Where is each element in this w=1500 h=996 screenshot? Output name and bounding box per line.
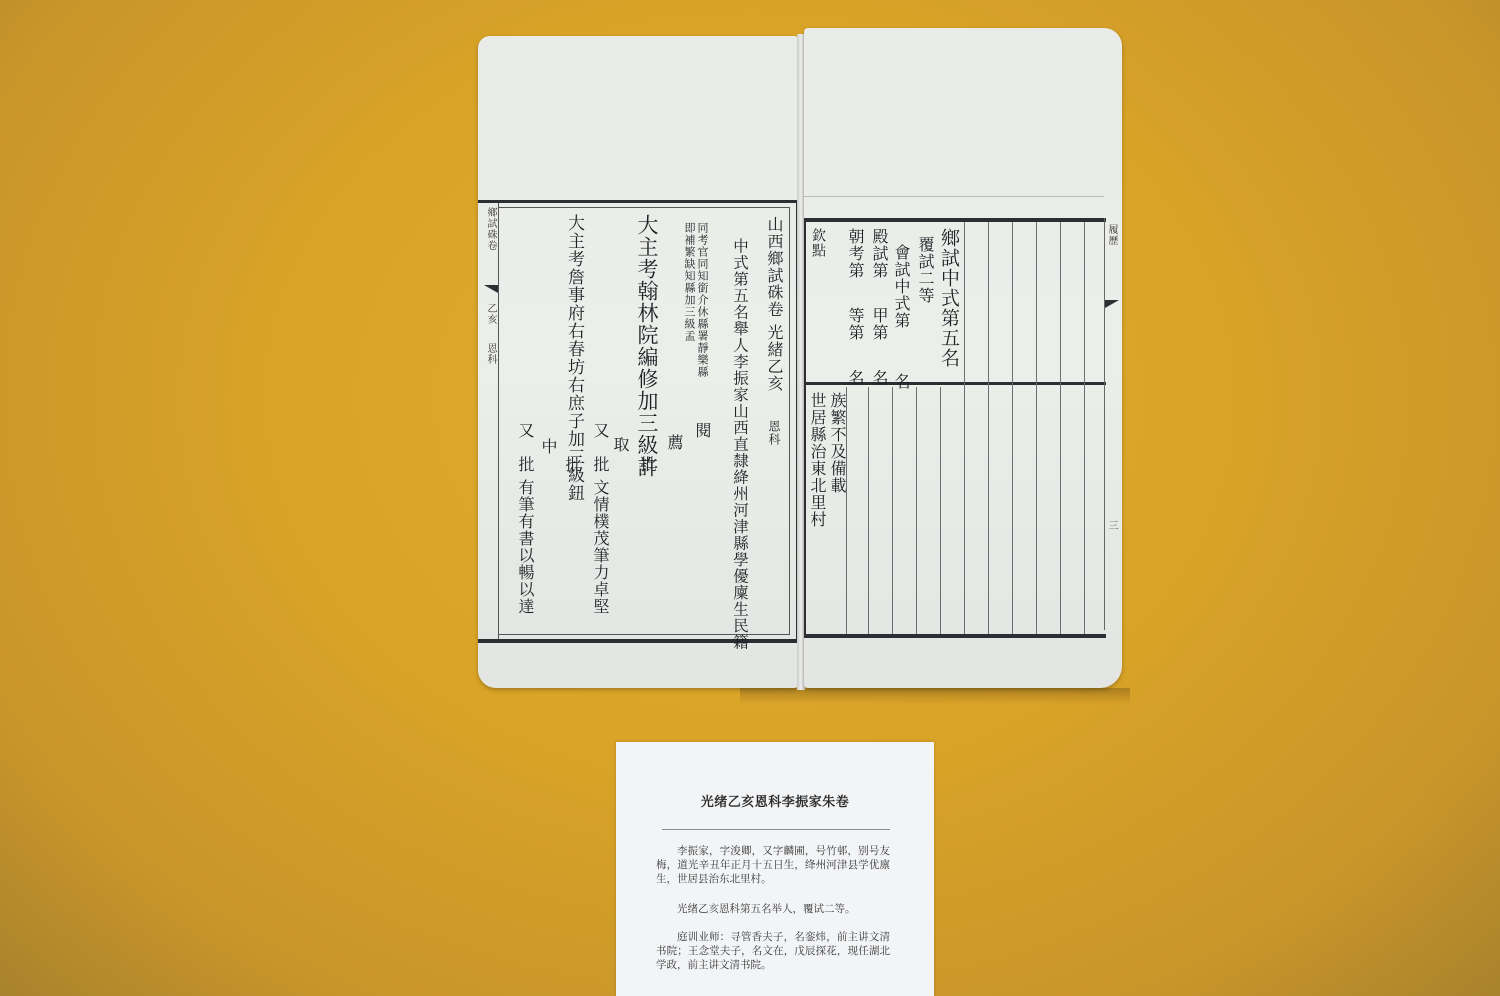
fold-crease xyxy=(804,196,1104,197)
examiner-note-b: 即補繁缺知縣加三級孟 xyxy=(683,222,696,342)
accept-mark: 取 xyxy=(611,436,629,453)
mid-mark: 中 xyxy=(539,438,557,455)
margin-page-number: 三 xyxy=(1106,520,1117,531)
comment-column-1: 批 文情樸茂筆力卓堅 xyxy=(591,456,609,615)
again-mark-2: 又 xyxy=(516,422,534,439)
rule xyxy=(1060,222,1061,634)
fishtail-mark xyxy=(484,285,498,293)
recommend-mark: 薦 xyxy=(665,434,683,451)
chief-examiner-xu: 大主考翰林院編修加三級許 xyxy=(635,214,659,478)
reexam-grade: 覆試二等 xyxy=(916,236,934,304)
rule xyxy=(964,222,965,634)
examination-booklet: 鄉試硃卷 乙亥 恩科 山西鄉試硃卷 光緒乙亥 恩科 中式第五名舉人李振家山西直隸… xyxy=(478,28,1126,692)
fishtail-mark xyxy=(1105,300,1119,308)
margin-label-year: 乙亥 xyxy=(485,303,496,325)
residence-note: 世居縣治東北里村 xyxy=(808,392,826,528)
metropolitan-exam-rank: 會試中式第 名 xyxy=(892,244,910,390)
comment-column-2: 批 有筆有書以暢以達 xyxy=(516,456,534,615)
right-fishtail-margin: 履歷 三 xyxy=(1104,218,1119,630)
rule xyxy=(916,387,917,634)
label-paragraph-teachers: 庭训业师：寻管香夫子，名銮炜，前主讲文清书院；王念堂夫子，名文在，戊辰探花，现任… xyxy=(656,930,890,972)
right-page: 鄉試中式第五名 覆試二等 會試中式第 名 殿試第 甲第 名 朝考第 等第 名 欽… xyxy=(804,28,1122,688)
clan-note: 族繁不及備載 xyxy=(828,392,846,494)
margin-label-session: 恩科 xyxy=(485,343,496,365)
rule xyxy=(1036,222,1037,634)
booklet-title-suffix: 恩科 xyxy=(765,420,783,446)
palace-exam-rank: 殿試第 甲第 名 xyxy=(870,228,888,386)
candidate-rank-column: 中式第五名舉人李振家山西直隸絳州河津縣學優廩生民籍 xyxy=(731,238,749,651)
rule xyxy=(868,387,869,634)
label-paragraph-rank: 光绪乙亥恩科第五名举人，覆试二等。 xyxy=(656,902,890,916)
court-exam-rank: 朝考第 等第 名 xyxy=(846,228,864,386)
chief-examiner-niu-mark: 批 xyxy=(563,456,581,473)
imperial-selection: 欽點 xyxy=(810,228,826,258)
rule xyxy=(892,387,893,634)
rule xyxy=(940,387,941,634)
margin-label-title: 鄉試硃卷 xyxy=(485,207,496,251)
booklet-title: 山西鄉試硃卷 光緒乙亥 恩科 xyxy=(765,216,783,446)
booklet-title-text: 山西鄉試硃卷 光緒乙亥 xyxy=(765,216,784,392)
rule xyxy=(1012,222,1013,634)
again-mark-1: 又 xyxy=(591,422,609,439)
provincial-exam-rank: 鄉試中式第五名 xyxy=(938,228,960,368)
examiner-read-mark: 閱 xyxy=(693,422,711,439)
left-page-frame: 鄉試硃卷 乙亥 恩科 山西鄉試硃卷 光緒乙亥 恩科 中式第五名舉人李振家山西直隸… xyxy=(478,200,800,643)
left-text-block: 山西鄉試硃卷 光緒乙亥 恩科 中式第五名舉人李振家山西直隸絳州河津縣學優廩生民籍… xyxy=(498,207,790,635)
rule xyxy=(1084,222,1085,634)
exhibit-label-card: 光绪乙亥恩科李振家朱卷 李振家，字浚卿，又字麟圃，号竹邨，别号友梅，道光辛丑年正… xyxy=(616,742,934,996)
chief-examiner-xu-mark: 批 xyxy=(638,456,656,473)
margin-label-resume: 履歷 xyxy=(1106,224,1117,246)
label-paragraph-bio: 李振家，字浚卿，又字麟圃，号竹邨，别号友梅，道光辛丑年正月十五日生，绛州河津县学… xyxy=(656,844,890,886)
left-page: 鄉試硃卷 乙亥 恩科 山西鄉試硃卷 光緒乙亥 恩科 中式第五名舉人李振家山西直隸… xyxy=(478,36,798,688)
fishtail-margin: 鄉試硃卷 乙亥 恩科 xyxy=(484,203,499,639)
right-page-frame: 鄉試中式第五名 覆試二等 會試中式第 名 殿試第 甲第 名 朝考第 等第 名 欽… xyxy=(804,218,1106,638)
label-divider xyxy=(662,829,890,830)
label-title: 光绪乙亥恩科李振家朱卷 xyxy=(616,791,934,810)
rule xyxy=(988,222,989,634)
examiner-note-a: 同考官同知銜介休縣署靜樂縣 xyxy=(696,222,709,378)
